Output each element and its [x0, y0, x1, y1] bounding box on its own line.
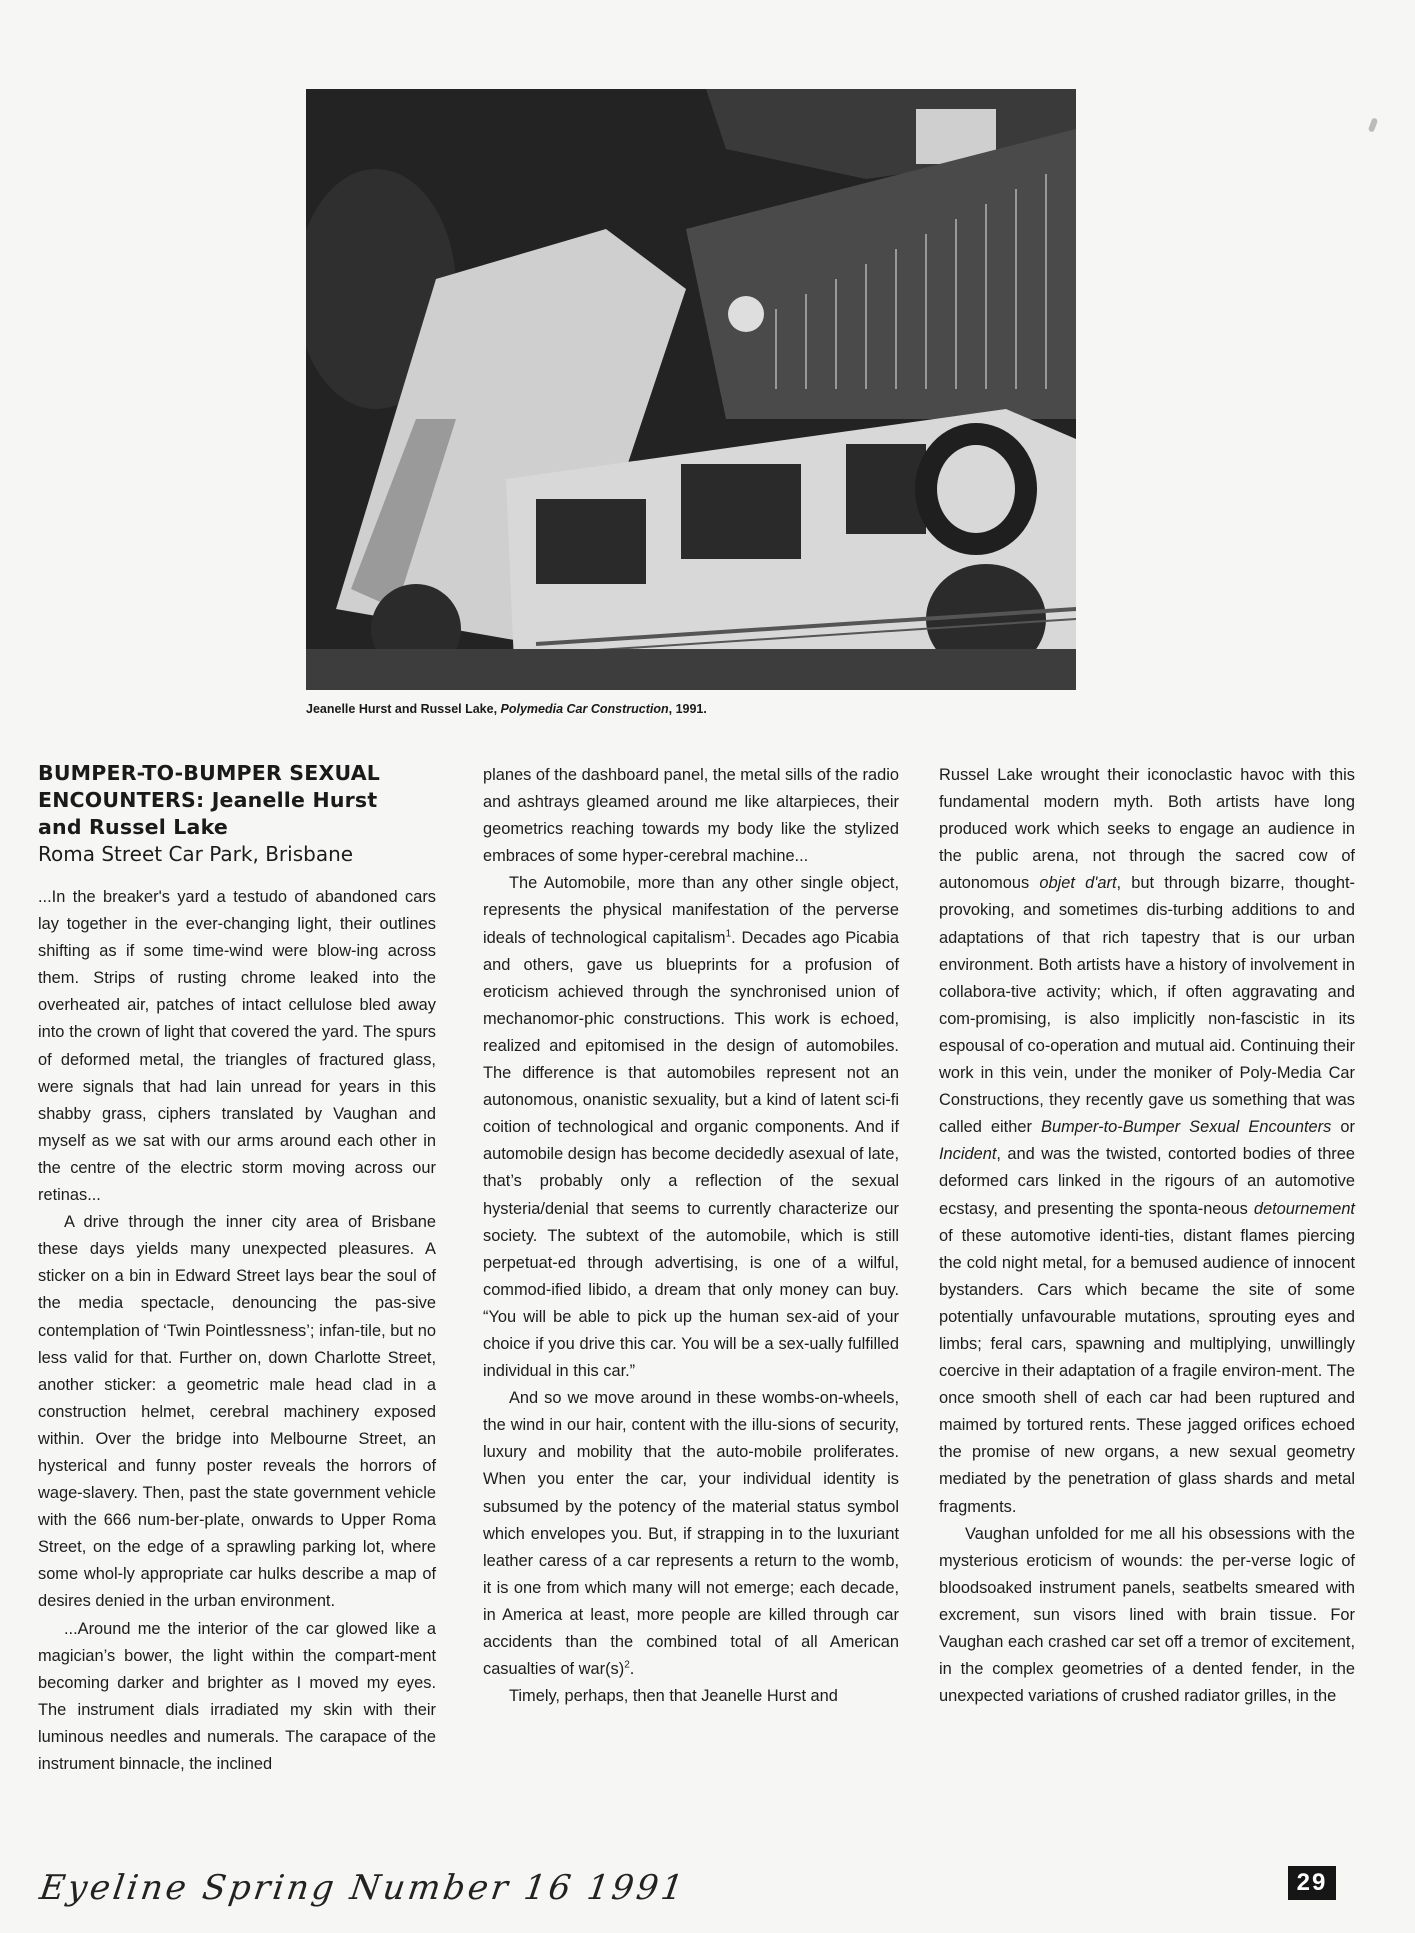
text-run: of these automotive identi-ties, distant… — [939, 1227, 1355, 1516]
text-run: . — [630, 1660, 635, 1678]
text-run: . Decades ago Picabia and others, gave u… — [483, 929, 899, 1381]
article-column-2: planes of the dashboard panel, the metal… — [483, 762, 899, 1710]
paragraph: A drive through the inner city area of B… — [38, 1209, 436, 1615]
italic-title: Incident — [939, 1145, 996, 1163]
caption-artists: Jeanelle Hurst and Russel Lake, — [306, 702, 501, 716]
paragraph: Timely, perhaps, then that Jeanelle Hurs… — [483, 1683, 899, 1710]
text-run: or — [1331, 1118, 1355, 1136]
handwritten-issue-note: Eyeline Spring Number 16 1991 — [37, 1868, 688, 1908]
article-headline: BUMPER-TO-BUMPER SEXUAL ENCOUNTERS: Jean… — [38, 760, 436, 841]
scan-mark — [1368, 117, 1378, 132]
artwork-photo — [306, 89, 1076, 690]
paragraph: ...Around me the interior of the car glo… — [38, 1616, 436, 1779]
article-column-3: Russel Lake wrought their iconoclastic h… — [939, 762, 1355, 1710]
paragraph: Russel Lake wrought their iconoclastic h… — [939, 762, 1355, 1521]
paragraph: And so we move around in these wombs-on-… — [483, 1385, 899, 1683]
paragraph: ...In the breaker's yard a testudo of ab… — [38, 884, 436, 1209]
text-run: , but through bizarre, thought-provoking… — [939, 874, 1355, 1136]
headline-line-2: ENCOUNTERS: Jeanelle Hurst — [38, 787, 436, 814]
headline-line-3: and Russel Lake — [38, 814, 436, 841]
venue-subtitle: Roma Street Car Park, Brisbane — [38, 841, 436, 868]
headline-line-1: BUMPER-TO-BUMPER SEXUAL — [38, 760, 436, 787]
photo-caption: Jeanelle Hurst and Russel Lake, Polymedi… — [306, 702, 1076, 716]
paragraph: planes of the dashboard panel, the metal… — [483, 762, 899, 870]
page-number: 29 — [1288, 1866, 1336, 1900]
italic-term: objet d'art — [1039, 874, 1116, 892]
italic-title: Bumper-to-Bumper Sexual Encounters — [1041, 1118, 1331, 1136]
paragraph: Vaughan unfolded for me all his obsessio… — [939, 1521, 1355, 1711]
paragraph: The Automobile, more than any other sing… — [483, 870, 899, 1385]
italic-term: detournement — [1254, 1200, 1355, 1218]
caption-year: , 1991. — [669, 702, 707, 716]
car-sculpture-illustration — [306, 89, 1076, 690]
text-run: And so we move around in these wombs-on-… — [483, 1389, 899, 1678]
caption-title: Polymedia Car Construction — [501, 702, 669, 716]
article-column-1: BUMPER-TO-BUMPER SEXUAL ENCOUNTERS: Jean… — [38, 760, 436, 1778]
